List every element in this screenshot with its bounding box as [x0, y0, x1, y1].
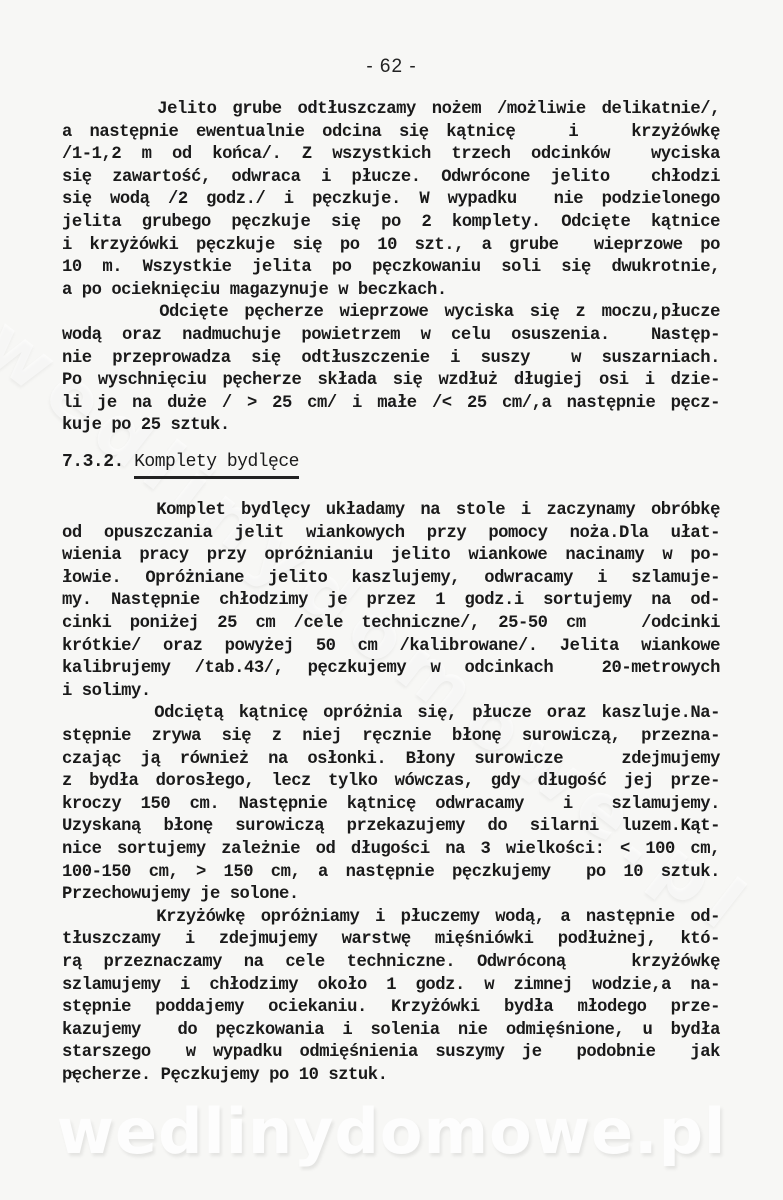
- text-line: Przechowujemy je solone.: [62, 884, 720, 906]
- text-line: Krzyżówkę opróżniamy i płuczemy wodą, a …: [62, 907, 720, 929]
- text-line: szlamujemy i chłodzimy około 1 godz. w z…: [62, 975, 720, 997]
- text-line: stępnie zrywa się z niej ręcznie błonę s…: [62, 726, 720, 748]
- footer-watermark: wedlinydomowe.pl: [0, 1095, 783, 1168]
- text-line: a następnie ewentualnie odcina się kątni…: [62, 122, 720, 144]
- text-line: Po wyschnięciu pęcherze składa się wzdłu…: [62, 370, 720, 392]
- text-line: kalibrujemy /tab.43/, pęczkujemy w odcin…: [62, 658, 720, 680]
- text-line: Komplet bydlęcy układamy na stole i zacz…: [62, 500, 720, 522]
- text-line: od opuszczania jelit wiankowych przy pom…: [62, 523, 720, 545]
- text-line: a po ocieknięciu magazynuje w beczkach.: [62, 280, 720, 302]
- text-line: Jelito grube odtłuszczamy nożem /możliwi…: [62, 99, 720, 121]
- section-title: Komplety bydlęce: [134, 452, 299, 479]
- text-line: z bydła dorosłego, lecz tylko wówczas, g…: [62, 771, 720, 793]
- text-line: 100-150 cm, > 150 cm, a następnie pęczku…: [62, 862, 720, 884]
- text-line: nice sortujemy zależnie od długości na 3…: [62, 839, 720, 861]
- text-line: /1-1,2 m od końca/. Z wszystkich trzech …: [62, 144, 720, 166]
- text-line: kroczy 150 cm. Następnie kątnicę odwraca…: [62, 794, 720, 816]
- text-line: 10 m. Wszystkie jelita po pęczkowaniu so…: [62, 257, 720, 279]
- text-line: czając ją również na osłonki. Błony suro…: [62, 749, 720, 771]
- text-line: kuje po 25 sztuk.: [62, 415, 720, 437]
- text-line: starszego w wypadku odmięśnienia suszymy…: [62, 1042, 720, 1064]
- text-line: wodą oraz nadmuchuje powietrzem w celu o…: [62, 325, 720, 347]
- text-line: li je na duże / > 25 cm/ i małe /< 25 cm…: [62, 393, 720, 415]
- text-line: Uzyskaną błonę surowiczą przekazujemy do…: [62, 816, 720, 838]
- text-line: się wodą /2 godz./ i pęczkuje. W wypadku…: [62, 189, 720, 211]
- trailing-mark: -: [70, 1068, 76, 1079]
- text-line: cinki poniżej 25 cm /cele techniczne/, 2…: [62, 613, 720, 635]
- text-line: Odcięte pęcherze wieprzowe wyciska się z…: [62, 302, 720, 324]
- text-line: Odciętą kątnicę opróżnia się, płucze ora…: [62, 703, 720, 725]
- text-line: i krzyżówki pęczkuje się po 10 szt., a g…: [62, 235, 720, 257]
- text-line: krótkie/ oraz powyżej 50 cm /kalibrowane…: [62, 636, 720, 658]
- text-line: nie przeprowadza się odtłuszczenie i sus…: [62, 348, 720, 370]
- text-line: my. Następnie chłodzimy je przez 1 godz.…: [62, 590, 720, 612]
- text-line: się zawartość, odwraca i płucze. Odwróco…: [62, 167, 720, 189]
- text-line: tłuszczamy i zdejmujemy warstwę mięśniów…: [62, 929, 720, 951]
- text-line: rą przeznaczamy na cele techniczne. Odwr…: [62, 952, 720, 974]
- text-line: jelita grubego pęczkuje się po 2 komplet…: [62, 212, 720, 234]
- text-line: stępnie poddajemy ociekaniu. Krzyżówki b…: [62, 997, 720, 1019]
- text-line: łowie. Opróżniane jelito kaszlujemy, odw…: [62, 568, 720, 590]
- text-line: wienia pracy przy opróżnianiu jelito wia…: [62, 545, 720, 567]
- page-number: - 62 -: [0, 56, 783, 78]
- section-number: 7.3.2.: [62, 452, 124, 472]
- section-heading: 7.3.2. Komplety bydlęce: [62, 452, 299, 472]
- text-line: i solimy.: [62, 681, 720, 703]
- text-line: kazujemy do pęczkowania i solenia nie od…: [62, 1020, 720, 1042]
- text-line: pęcherze. Pęczkujemy po 10 sztuk.: [62, 1065, 720, 1087]
